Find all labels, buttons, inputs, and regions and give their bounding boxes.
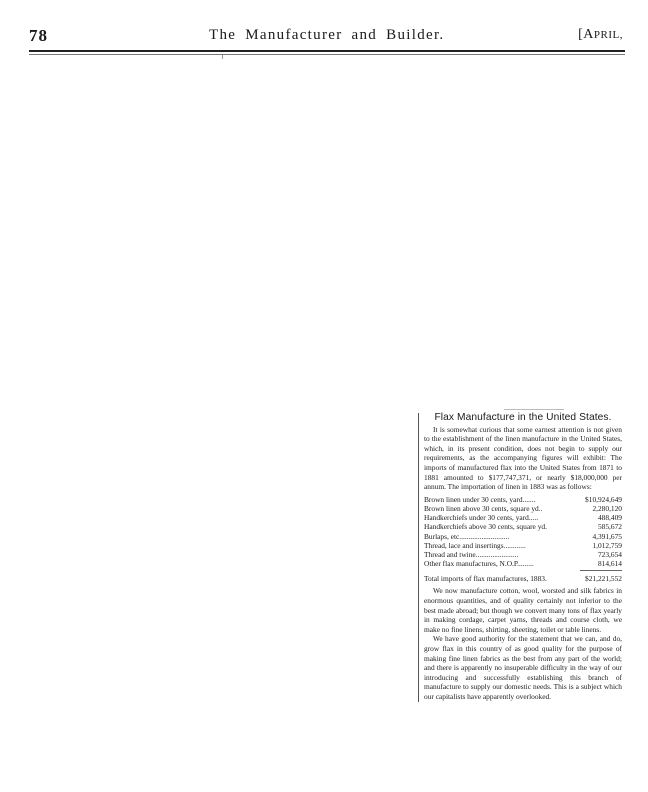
row-value: 4,391,675 <box>590 532 622 541</box>
article-paragraph-3: We have good authority for the statement… <box>424 634 622 701</box>
article-title: Flax Manufacture in the United States. <box>424 413 622 423</box>
row-label: Handkerchiefs above 30 cents, square yd. <box>424 522 596 531</box>
page-number: 78 <box>29 26 48 46</box>
row-label: Other flax manufactures, N.O.P......... <box>424 559 596 568</box>
header-rule-thin <box>29 54 625 55</box>
table-row: Brown linen above 30 cents, square yd..2… <box>424 504 622 513</box>
row-label: Brown linen under 30 cents, yard....... <box>424 495 583 504</box>
total-row: Total imports of flax manufactures, 1883… <box>424 574 622 583</box>
table-row: Handkerchiefs above 30 cents, square yd.… <box>424 522 622 531</box>
article-paragraph-2: We now manufacture cotton, wool, worsted… <box>424 586 622 634</box>
row-value: 1,012,759 <box>590 541 622 550</box>
table-row: Burlaps, etc...........................4… <box>424 532 622 541</box>
month-rest: PRIL, <box>594 29 623 41</box>
table-row: Other flax manufactures, N.O.P.........8… <box>424 559 622 568</box>
row-value: 814,614 <box>596 559 622 568</box>
table-row: Brown linen under 30 cents, yard.......$… <box>424 495 622 504</box>
total-label: Total imports of flax manufactures, 1883… <box>424 574 583 583</box>
table-row: Thread and twine.......................7… <box>424 550 622 559</box>
table-row: Handkerchiefs under 30 cents, yard.....4… <box>424 513 622 522</box>
column-tick-mark <box>222 55 223 59</box>
row-label: Thread and twine....................... <box>424 550 596 559</box>
row-label: Burlaps, etc........................... <box>424 532 590 541</box>
table-row: Thread, lace and insertings............1… <box>424 541 622 550</box>
row-value: 2,280,120 <box>590 504 622 513</box>
row-label: Thread, lace and insertings............ <box>424 541 590 550</box>
issue-month: [APRIL, <box>578 27 623 43</box>
row-label: Handkerchiefs under 30 cents, yard..... <box>424 513 596 522</box>
sum-rule <box>580 570 622 571</box>
journal-title: The Manufacturer and Builder. <box>209 27 444 44</box>
row-value: $10,924,649 <box>583 495 622 504</box>
page-header: 78 The Manufacturer and Builder. [APRIL, <box>29 22 623 46</box>
row-label: Brown linen above 30 cents, square yd.. <box>424 504 590 513</box>
article-separator-rule <box>504 409 564 410</box>
imports-table: Brown linen under 30 cents, yard.......$… <box>424 495 622 584</box>
row-value: 488,409 <box>596 513 622 522</box>
row-value: 585,672 <box>596 522 622 531</box>
flax-article: Flax Manufacture in the United States. I… <box>418 413 622 702</box>
total-value: $21,221,552 <box>583 574 622 583</box>
article-intro-paragraph: It is somewhat curious that some earnest… <box>424 425 622 492</box>
row-value: 723,654 <box>596 550 622 559</box>
month-prefix: [A <box>578 27 594 42</box>
header-rule-thick <box>29 50 625 52</box>
